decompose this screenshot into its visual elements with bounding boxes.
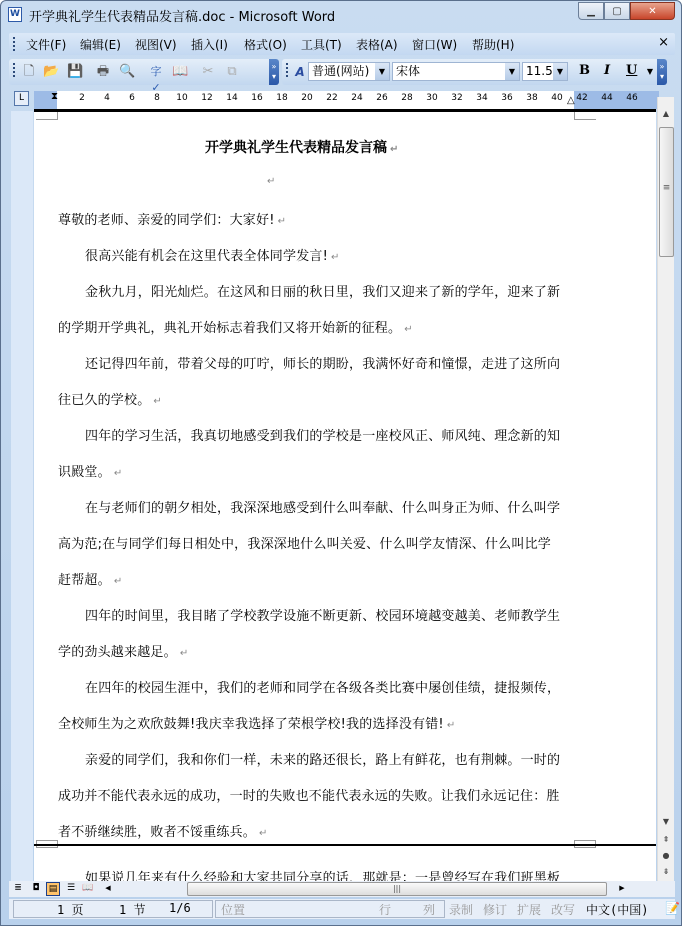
line-text: 很高兴能有机会在这里代表全体同学发言! [85,249,328,264]
status-line: 行 [379,901,391,918]
cut-icon[interactable]: ✂ [200,64,216,80]
word-app-icon[interactable]: W [8,7,22,22]
paragraph-line: 还记得四年前，带着父母的叮咛，师长的期盼，我满怀好奇和憧憬，走进了这所向 [85,353,560,372]
toolbar-options-chevron-icon[interactable]: »▾ [269,59,279,85]
paragraph-line: 高为范;在与同学们每日相处中，我深深地什么叫关爱、什么叫学友情深、什么叫比学 [58,533,551,552]
document-title: 开学典礼学生代表精品发言稿↵ [205,137,398,157]
line-text: 的学期开学典礼，典礼开始标志着我们又将开始新的征程。 [58,321,401,336]
crop-mark [574,112,596,120]
line-text: 如果说几年来有什么经验和大家共同分享的话，那就是：一是曾经写在我们班黑板 [85,871,560,881]
scroll-left-icon[interactable]: ◀ [101,882,115,896]
status-section: 1 节 [119,901,145,918]
print-preview-icon[interactable]: 🔍 [119,64,135,80]
ruler-tick: 42 [576,93,587,103]
paragraph-line: 学的劲头越来越足。↵ [58,641,188,660]
close-button[interactable]: ✕ [630,2,675,20]
horizontal-scroll-thumb[interactable]: ||| [187,882,607,896]
font-value: 宋体 [396,64,420,78]
paragraph-line: 识殿堂。↵ [58,461,122,480]
spelling-status-icon[interactable]: 📝 [665,901,680,915]
vertical-scroll-thumb[interactable]: ≡ [659,127,674,257]
minimize-button[interactable]: ▁ [578,2,604,20]
italic-button[interactable]: I [604,63,610,78]
line-text: 往已久的学校。 [58,393,150,408]
paragraph-line: 全校师生为之欢欣鼓舞!我庆幸我选择了荣根学校!我的选择没有错!↵ [58,713,455,732]
next-page-icon[interactable]: ⇟ [658,867,674,881]
previous-page-icon[interactable]: ⇞ [658,835,674,849]
research-icon[interactable]: 📖 [172,64,188,80]
paragraph-mark: ↵ [331,252,340,263]
line-text: 在四年的校园生涯中，我们的老师和同学在各级各类比赛中屡创佳绩，捷报频传， [85,681,560,696]
menu-insert[interactable]: 插入(I) [191,36,228,53]
ruler-tick: 46 [626,93,637,103]
ruler-tick: 10 [176,93,187,103]
styles-pane-icon[interactable]: A [292,64,308,80]
paragraph-line: 很高兴能有机会在这里代表全体同学发言!↵ [85,245,340,264]
ruler-bar: ⧗ △ 2 4 6 8 10 12 14 16 18 20 22 24 26 2… [34,91,659,109]
menu-bar: 文件(F) 编辑(E) 视图(V) 插入(I) 格式(O) 工具(T) 表格(A… [9,33,675,55]
maximize-button[interactable]: ▢ [604,2,630,20]
paragraph-mark: ↵ [390,144,398,155]
word-window: W 开学典礼学生代表精品发言稿.doc - Microsoft Word ▁ ▢… [0,0,682,926]
menu-file[interactable]: 文件(F) [26,36,66,53]
line-text: 高为范;在与同学们每日相处中，我深深地什么叫关爱、什么叫学友情深、什么叫比学 [58,537,551,552]
normal-view-icon[interactable]: ≣ [11,882,25,896]
status-section-position [215,900,445,918]
toolbar-options-chevron-icon[interactable]: »▾ [657,59,667,85]
line-text: 还记得四年前，带着父母的叮咛，师长的期盼，我满怀好奇和憧憬，走进了这所向 [85,357,560,372]
web-layout-view-icon[interactable]: ◘ [29,882,43,896]
ruler-tick: 8 [154,93,160,103]
status-column: 列 [423,901,435,918]
ruler-tick: 12 [201,93,212,103]
ruler-tick: 34 [476,93,487,103]
paragraph-mark: ↵ [114,576,123,587]
scroll-up-icon[interactable]: ▲ [658,109,674,123]
status-bar: 1 页 1 节 1/6 位置 行 列 录制 修订 扩展 改写 中文(中国) 📝 [9,899,675,919]
outline-view-icon[interactable]: ☰ [64,882,78,896]
paragraph-mark: ↵ [259,828,268,839]
paragraph-line: 四年的时间里，我目睹了学校教学设施不断更新、校园环境越变越美、老师教学生 [85,605,560,624]
paragraph-mark: ↵ [278,216,287,227]
bold-button[interactable]: B [579,63,590,78]
menu-tools[interactable]: 工具(T) [301,36,342,53]
chevron-down-icon[interactable]: ▼ [375,63,389,80]
ruler-tick: 2 [79,93,85,103]
ruler-tick: 36 [501,93,512,103]
paragraph-line: 者不骄继续胜，败者不馁重练兵。↵ [58,821,268,840]
print-icon[interactable]: 🖶 [95,64,111,80]
select-browse-object-icon[interactable]: ● [658,851,674,865]
ruler-tick: 26 [376,93,387,103]
page-top-border [34,109,656,112]
status-page: 1 页 [57,901,83,918]
horizontal-scroll-area: ≣ ◘ ▤ ☰ 📖 ◀ ||| ▶ [9,881,675,897]
line-text: 金秋九月，阳光灿烂。在这风和日丽的秋日里，我们又迎来了新的学年，迎来了新 [85,285,560,300]
spelling-icon[interactable]: 字✓ [148,64,164,80]
paragraph-line: 在与老师们的朝夕相处，我深深地感受到什么叫奉献、什么叫身正为师、什么叫学 [85,497,560,516]
ruler-tick: 14 [226,93,237,103]
standard-toolbar: 🗋 📂 💾 🖶 🔍 字✓ 📖 ✂ ⧉ »▾ [9,59,279,85]
line-text: 四年的学习生活，我真切地感受到我们的学校是一座校风正、师风纯、理念新的知 [85,429,560,444]
paragraph-line: 金秋九月，阳光灿烂。在这风和日丽的秋日里，我们又迎来了新的学年，迎来了新 [85,281,560,300]
style-value: 普通(网站) [312,64,369,78]
paragraph-line: 四年的学习生活，我真切地感受到我们的学校是一座校风正、师风纯、理念新的知 [85,425,560,444]
vertical-scrollbar[interactable]: ▲ ≡ ▼ ⇞ ● ⇟ [657,97,674,881]
font-size-value: 11.5 [526,64,553,78]
window-title: 开学典礼学生代表精品发言稿.doc - Microsoft Word [29,6,335,25]
underline-dropdown-icon[interactable]: ▼ [642,64,658,80]
status-extend[interactable]: 扩展 [517,901,541,918]
ruler-tick: 38 [526,93,537,103]
ruler-tick: 32 [451,93,462,103]
paragraph-line: 尊敬的老师、亲爱的同学们：大家好!↵ [58,209,286,228]
paragraph-line: 赶帮超。↵ [58,569,122,588]
open-icon[interactable]: 📂 [43,64,59,80]
paragraph-line: 亲爱的同学们，我和你们一样，未来的路还很长，路上有鲜花，也有荆棘。一时的 [85,749,560,768]
new-icon[interactable]: 🗋 [21,64,37,80]
menubar-grip-icon[interactable] [13,37,15,51]
ruler-tick: 20 [301,93,312,103]
page-break-line [34,844,656,846]
chevron-down-icon[interactable]: ▼ [553,63,567,80]
menu-help[interactable]: 帮助(H) [472,36,514,53]
paragraph-mark: ↵ [404,324,413,335]
title-bar: W 开学典礼学生代表精品发言稿.doc - Microsoft Word ▁ ▢… [1,1,681,29]
status-record[interactable]: 录制 [449,901,473,918]
ruler-tick: 24 [351,93,362,103]
scroll-right-icon[interactable]: ▶ [615,882,629,896]
menu-table[interactable]: 表格(A) [356,36,398,53]
paragraph-line: 成功并不能代表永远的成功，一时的失败也不能代表永远的失败。让我们永远记住：胜 [58,785,560,804]
horizontal-ruler: L ⧗ △ 2 4 6 8 10 12 14 16 18 20 22 24 26… [9,89,675,109]
paragraph-line: 的学期开学典礼，典礼开始标志着我们又将开始新的征程。↵ [58,317,413,336]
paragraph-mark: ↵ [114,468,123,479]
font-select[interactable]: 宋体 ▼ [392,62,520,81]
paragraph-mark: ↵ [180,648,189,659]
print-layout-view-icon[interactable]: ▤ [46,882,60,896]
status-position: 位置 [221,901,245,918]
line-text: 四年的时间里，我目睹了学校教学设施不断更新、校园环境越变越美、老师教学生 [85,609,560,624]
ruler-tick: 30 [426,93,437,103]
status-language[interactable]: 中文(中国) [586,901,648,918]
ruler-tick: 4 [104,93,110,103]
ruler-tick: 28 [401,93,412,103]
style-select[interactable]: 普通(网站) ▼ [308,62,390,81]
close-document-button[interactable]: × [658,35,669,50]
ruler-tick: 16 [251,93,262,103]
vertical-ruler [11,111,33,881]
copy-icon[interactable]: ⧉ [224,64,240,80]
menu-window[interactable]: 窗口(W) [412,36,457,53]
paragraph-mark: ↵ [267,176,276,187]
ruler-tick: 18 [276,93,287,103]
save-icon[interactable]: 💾 [67,64,83,80]
paragraph-line: 在四年的校园生涯中，我们的老师和同学在各级各类比赛中屡创佳绩，捷报频传， [85,677,560,696]
menu-format[interactable]: 格式(O) [244,36,287,53]
toolbar-grip-icon[interactable] [286,63,288,77]
document-page[interactable]: 开学典礼学生代表精品发言稿↵ ↵ 尊敬的老师、亲爱的同学们：大家好!↵ 很高兴能… [34,109,656,881]
paragraph-mark: ↵ [447,720,456,731]
ruler-tick: 44 [601,93,612,103]
crop-mark [36,112,58,120]
status-page-of: 1/6 [169,901,191,915]
font-size-select[interactable]: 11.5 ▼ [522,62,568,81]
line-text: 者不骄继续胜，败者不馁重练兵。 [58,825,256,840]
empty-paragraph: ↵ [264,173,276,188]
reading-layout-view-icon[interactable]: 📖 [81,882,95,896]
line-text: 学的劲头越来越足。 [58,645,177,660]
indent-marker-icon[interactable]: ⧗ [51,91,58,102]
paragraph-mark: ↵ [153,396,162,407]
line-text: 成功并不能代表永远的成功，一时的失败也不能代表永远的失败。让我们永远记住：胜 [58,789,560,804]
title-text: 开学典礼学生代表精品发言稿 [205,140,387,156]
ruler-tick: 6 [129,93,135,103]
line-text: 识殿堂。 [58,465,111,480]
underline-button[interactable]: U [626,63,637,78]
tab-selector-button[interactable]: L [14,91,29,106]
line-text: 尊敬的老师、亲爱的同学们：大家好! [58,213,275,228]
status-track-changes[interactable]: 修订 [483,901,507,918]
paragraph-line: 如果说几年来有什么经验和大家共同分享的话，那就是：一是曾经写在我们班黑板 [85,867,560,881]
formatting-toolbar: A 普通(网站) ▼ 宋体 ▼ 11.5 ▼ B I U ▼ »▾ [282,59,667,85]
chevron-down-icon[interactable]: ▼ [505,63,519,80]
line-text: 赶帮超。 [58,573,111,588]
line-text: 在与老师们的朝夕相处，我深深地感受到什么叫奉献、什么叫身正为师、什么叫学 [85,501,560,516]
menu-view[interactable]: 视图(V) [135,36,177,53]
status-overtype[interactable]: 改写 [551,901,575,918]
paragraph-line: 往已久的学校。↵ [58,389,162,408]
toolbar-grip-icon[interactable] [13,63,15,77]
right-indent-marker-icon[interactable]: △ [567,95,575,106]
menu-edit[interactable]: 编辑(E) [80,36,121,53]
line-text: 亲爱的同学们，我和你们一样，未来的路还很长，路上有鲜花，也有荆棘。一时的 [85,753,560,768]
line-text: 全校师生为之欢欣鼓舞!我庆幸我选择了荣根学校!我的选择没有错! [58,717,444,732]
ruler-tick: 22 [326,93,337,103]
ruler-tick: 40 [551,93,562,103]
scroll-down-icon[interactable]: ▼ [658,817,674,831]
